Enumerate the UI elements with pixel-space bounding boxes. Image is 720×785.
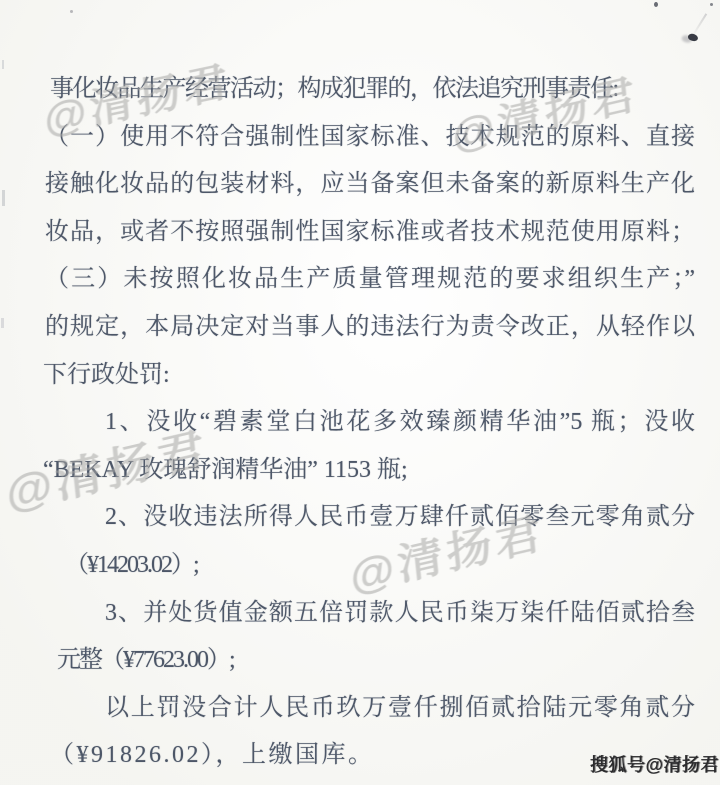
ink-smudge — [693, 13, 707, 34]
document-line: 下行政处罚: — [43, 352, 695, 400]
document-body: 事化妆品生产经营活动；构成犯罪的，依法追究刑事责任: （一）使用不符合强制性国家… — [45, 66, 695, 780]
ink-speck — [70, 10, 73, 13]
scan-edge-mark — [2, 190, 5, 206]
document-line: 以上罚没合计人民币玖万壹仟捌佰贰拾陆元零角贰分 — [45, 685, 695, 733]
ink-speck — [654, 2, 658, 7]
scan-edge-mark — [2, 60, 4, 69]
sohu-account-badge: 搜狐号@清扬君 — [590, 751, 719, 777]
scan-edge-mark — [1, 318, 4, 328]
ink-speck — [710, 3, 713, 6]
document-line: 妆品，或者不按照强制性国家标准或者技术规范使用原料； — [45, 209, 695, 257]
scanned-document-page: 事化妆品生产经营活动；构成犯罪的，依法追究刑事责任: （一）使用不符合强制性国家… — [0, 0, 720, 785]
document-line: （三）未按照化妆品生产质量管理规范的要求组织生产；” — [45, 256, 695, 304]
document-line: 元整（¥77623.00）; — [57, 637, 695, 685]
document-line: 的规定，本局决定对当事人的违法行为责令改正，从轻作以 — [45, 304, 695, 352]
document-line: 2、没收违法所得人民币壹万肆仟贰佰零叁元零角贰分 — [45, 494, 695, 542]
document-line: 接触化妆品的包装材料，应当备案但未备案的新原料生产化 — [45, 161, 695, 209]
